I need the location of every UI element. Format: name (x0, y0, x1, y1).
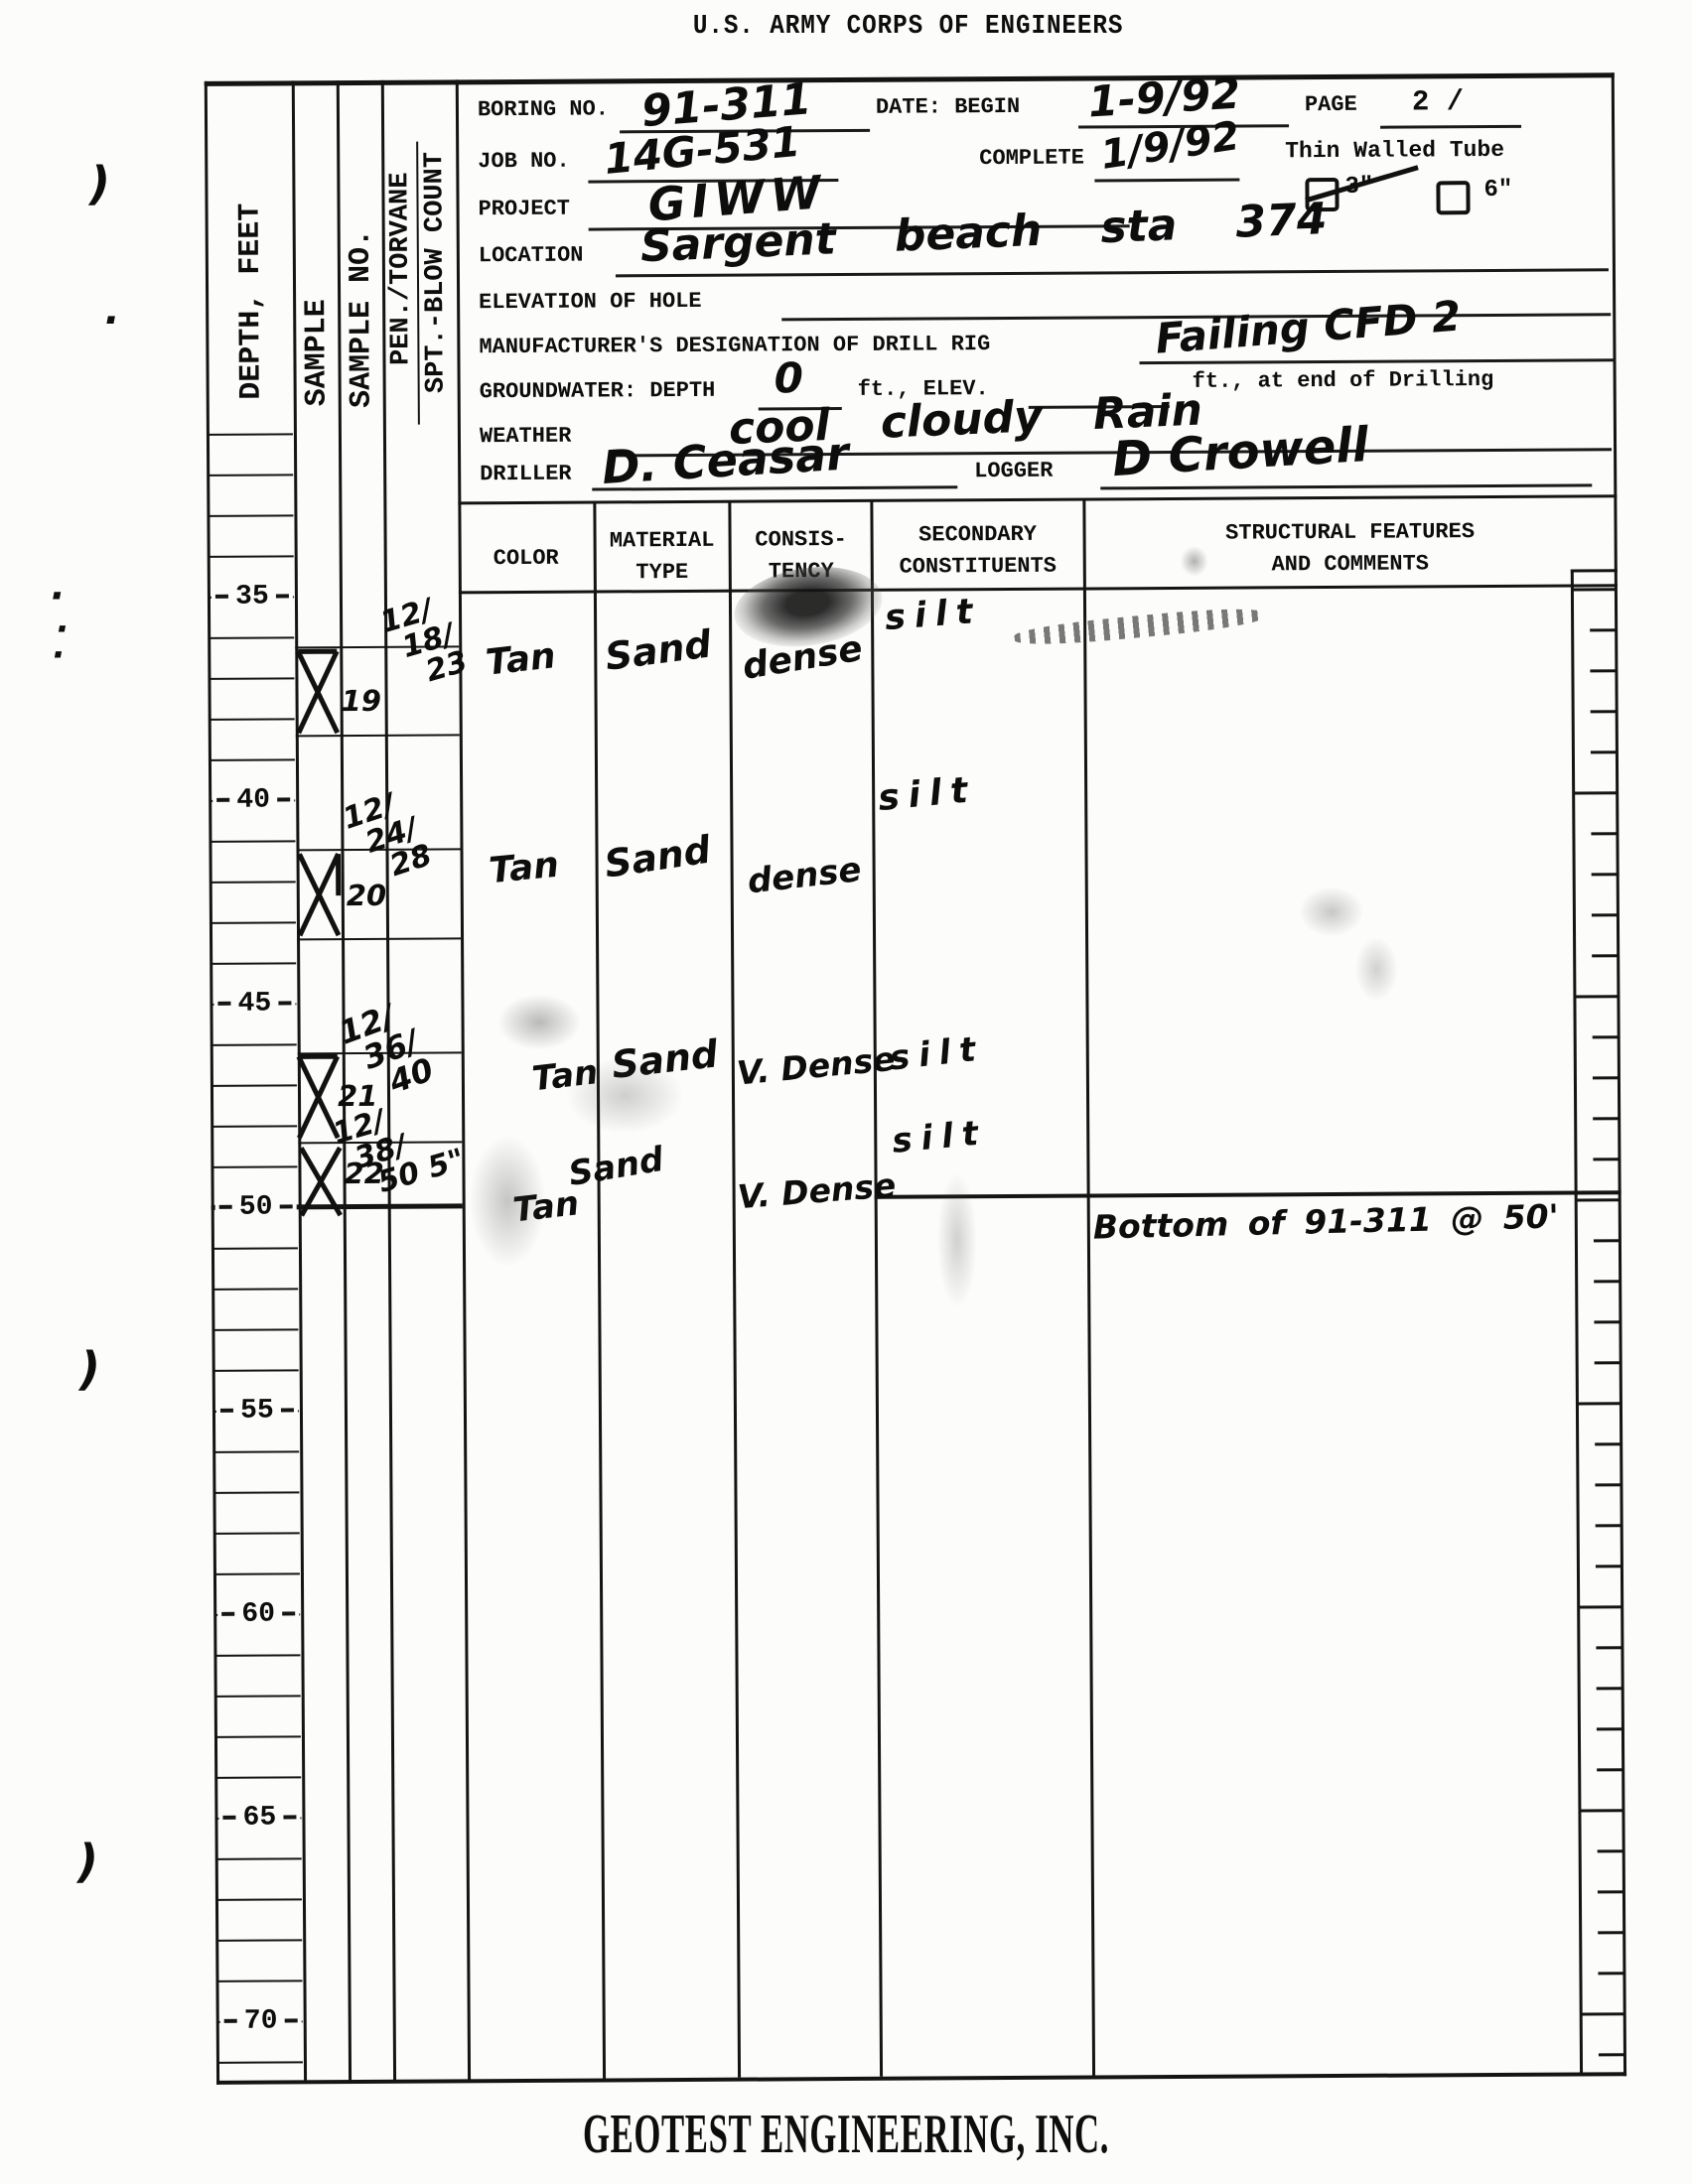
depth-axis-label: DEPTH, FEET (234, 204, 269, 400)
depth-label-dash (216, 798, 229, 802)
consistency-value: dense (740, 628, 866, 688)
depth-tick (212, 1125, 297, 1128)
spt-blow-count-label: SPT.-BLOW COUNT (420, 152, 451, 393)
material-value: Sand (566, 1140, 666, 1194)
sample-symbol (298, 1145, 343, 1218)
secondary-value: silt (884, 592, 983, 638)
depth-tick (216, 1695, 301, 1698)
depth-label: 35 (211, 579, 293, 614)
right-strip-tick (1594, 1239, 1620, 1242)
depth-tick (211, 840, 295, 843)
project-label: PROJECT (478, 197, 570, 222)
right-strip-tick (1598, 1972, 1623, 1975)
right-strip-line (1580, 1809, 1622, 1812)
color-value: Tan (511, 1183, 581, 1230)
depth-label-dash (281, 1408, 294, 1412)
material-column-line (728, 502, 741, 2078)
depth-label-value: 35 (235, 581, 269, 612)
right-strip-line (1582, 2012, 1624, 2015)
depth-tick (216, 1776, 301, 1779)
date-begin-label: DATE: BEGIN (876, 94, 1020, 120)
depth-tick (211, 718, 295, 721)
right-strip-tick (1593, 1117, 1619, 1120)
bottom-of-boring-note: Bottom of 91-311 @ 50' (1092, 1197, 1559, 1247)
depth-label: 70 (220, 2003, 302, 2038)
depth-label-dash (276, 594, 289, 598)
blow-count: 12/ 18/ 23 (377, 590, 471, 696)
right-strip-tick (1592, 873, 1618, 876)
depth-scale: 3540455055606570 (0, 0, 1685, 5)
depth-label-dash (221, 1612, 234, 1616)
secondary-value: silt (888, 1028, 987, 1078)
depth-label-value: 65 (243, 1802, 277, 1833)
thin-walled-tube-label: Thin Walled Tube (1285, 137, 1504, 164)
depth-label-dash (223, 1816, 236, 1820)
column-header-secondary-line1: SECONDARY (899, 519, 1057, 552)
tube-6in-checkbox (1436, 181, 1470, 214)
column-header-material-line1: MATERIAL (610, 525, 715, 558)
depth-tick (216, 1735, 301, 1738)
table-right-border (1612, 72, 1626, 2076)
right-strip-tick (1593, 1076, 1619, 1079)
depth-tick (210, 555, 294, 558)
color-value: Tan (530, 1052, 600, 1099)
depth-label-dash (282, 1611, 295, 1615)
right-strip-tick (1592, 913, 1618, 916)
depth-tick (211, 881, 296, 884)
boring-log-sheet: U.S. ARMY CORPS OF ENGINEERS ) · · · · )… (0, 0, 1692, 2184)
column-header-secondary: SECONDARY CONSTITUENTS (899, 519, 1057, 584)
right-strip-line (1577, 1198, 1620, 1201)
column-header-secondary-line2: CONSTITUENTS (899, 551, 1057, 584)
depth-tick (213, 1328, 298, 1331)
page-underline (1380, 125, 1521, 129)
right-strip-tick (1594, 1320, 1620, 1323)
depth-tick (213, 1247, 298, 1250)
pen-spt-divider-line (416, 142, 420, 425)
column-header-structural-line1: STRUCTURAL FEATURES (1225, 516, 1475, 549)
right-strip-tick (1597, 1687, 1622, 1690)
depth-label: 40 (212, 782, 294, 817)
right-strip-tick (1591, 751, 1617, 753)
tube-6in-label: 6" (1483, 177, 1512, 204)
elevation-label: ELEVATION OF HOLE (479, 289, 702, 315)
blow-count-line: 28 (386, 841, 435, 883)
driller-label: DRILLER (480, 462, 572, 487)
depth-label: 55 (216, 1393, 298, 1428)
right-strip-tick (1597, 1727, 1622, 1730)
right-strip-line (1578, 1402, 1621, 1405)
depth-label-dash (284, 2018, 297, 2022)
depth-label: 60 (217, 1596, 299, 1631)
consistency-value: V. Dense (736, 1165, 897, 1216)
ink-smudge (1165, 534, 1224, 589)
depth-label-dash (218, 1002, 231, 1006)
right-strip-tick (1599, 2053, 1624, 2056)
column-header-color-text: COLOR (493, 546, 559, 571)
right-strip-tick (1596, 1524, 1621, 1527)
right-strip-tick (1598, 1931, 1623, 1934)
column-header-consistency: CONSIS- TENCY (755, 524, 847, 588)
sample-column-label: SAMPLE (300, 299, 335, 406)
right-strip-tick (1593, 1035, 1619, 1038)
blow-count-line: 23 (423, 647, 472, 688)
location-label: LOCATION (479, 243, 584, 269)
right-strip-tick (1593, 1158, 1619, 1160)
logger-label: LOGGER (974, 459, 1053, 483)
right-strip-line (1575, 995, 1618, 998)
right-strip-tick (1598, 1890, 1623, 1893)
right-strip-tick (1595, 1361, 1621, 1364)
depth-label-value: 70 (244, 2005, 278, 2036)
depth-label-value: 40 (236, 784, 270, 815)
depth-tick (209, 433, 293, 436)
column-header-material: MATERIAL TYPE (610, 525, 715, 589)
material-value: Sand (603, 621, 714, 678)
drill-rig-label: MANUFACTURER'S DESIGNATION OF DRILL RIG (479, 332, 990, 359)
right-strip-tick (1596, 1646, 1621, 1649)
column-header-consistency-line2: TENCY (755, 556, 847, 588)
depth-tick (209, 474, 293, 477)
drill-rig-underline (1140, 358, 1615, 364)
blow-count: 12/ 24/ 28 (340, 784, 435, 891)
groundwater-end-label: ft., at end of Drilling (1193, 367, 1494, 394)
depth-label: 45 (213, 986, 295, 1021)
right-strip-tick (1598, 1849, 1623, 1852)
depth-label-value: 50 (239, 1191, 273, 1222)
depth-tick (214, 1450, 299, 1453)
depth-tick (215, 1532, 300, 1535)
column-header-consistency-line1: CONSIS- (755, 524, 847, 556)
depth-tick (211, 758, 295, 761)
right-strip-tick (1597, 1768, 1622, 1771)
job-no-label: JOB NO. (478, 149, 570, 175)
depth-tick (211, 921, 296, 924)
depth-tick (217, 1857, 302, 1860)
material-value: Sand (602, 828, 714, 887)
color-column-line (593, 503, 606, 2079)
right-strip-tick (1596, 1565, 1621, 1568)
column-header-material-line2: TYPE (610, 557, 715, 590)
page-value: 2 / (1412, 85, 1464, 118)
groundwater-depth-value: 0 (774, 353, 803, 402)
depth-tick (212, 1165, 297, 1168)
right-strip-line (1579, 1605, 1621, 1608)
pen-torvane-label: PEN./TORVANE (385, 172, 416, 365)
depth-tick (212, 1084, 297, 1087)
ink-smudge (1272, 868, 1422, 1013)
right-strip-tick (1590, 669, 1616, 672)
depth-tick (215, 1572, 300, 1575)
depth-label-dash (219, 1205, 232, 1209)
depth-tick (213, 1288, 298, 1291)
depth-label-dash (283, 1815, 296, 1819)
page-label: PAGE (1305, 92, 1357, 117)
depth-tick (210, 677, 294, 680)
depth-label-value: 60 (241, 1598, 275, 1629)
depth-label-dash (279, 1204, 292, 1208)
right-strip-tick (1595, 1483, 1621, 1486)
boring-no-label: BORING NO. (478, 96, 609, 122)
sample-no-value: 19 (341, 684, 381, 718)
header-box-bottom (458, 494, 1617, 504)
depth-tick (217, 1979, 302, 1982)
depth-label-dash (278, 1001, 291, 1005)
right-strip-tick (1591, 832, 1617, 835)
secondary-column-line (1082, 500, 1095, 2076)
right-strip-tick (1591, 710, 1617, 713)
drill-rig-value: Failing CFD 2 (1154, 292, 1463, 363)
depth-tick (215, 1654, 300, 1657)
depth-tick (214, 1369, 299, 1372)
depth-tick (217, 1898, 302, 1901)
tube-3in-label: 3" (1344, 174, 1373, 201)
depth-tick (217, 1939, 302, 1942)
secondary-value: silt (891, 1113, 989, 1161)
groundwater-label: GROUNDWATER: DEPTH (480, 378, 716, 404)
right-strip-tick (1594, 1280, 1620, 1283)
location-underline (616, 268, 1609, 277)
right-strip-line (1574, 791, 1617, 794)
material-value: Sand (610, 1031, 720, 1087)
sample-symbol (297, 851, 343, 938)
right-strip-line (1571, 570, 1583, 2073)
driller-value: D. Ceasar (601, 427, 851, 494)
ink-smudge (921, 1159, 992, 1362)
right-strip-line (1573, 588, 1616, 591)
depth-label-dash (220, 1409, 233, 1413)
depth-label-dash (224, 2019, 237, 2023)
depth-tick (211, 962, 296, 965)
color-value: Tan (488, 845, 561, 891)
sample-no-column-label: SAMPLE NO. (345, 229, 379, 408)
depth-tick (210, 636, 294, 639)
right-strip-tick (1595, 1442, 1621, 1445)
depth-label: 65 (218, 1800, 300, 1835)
consistency-value: V. Dense (735, 1039, 897, 1093)
company-footer: GEOTEST ENGINEERING, INC. (583, 2103, 1109, 2166)
pen-column-line (456, 79, 471, 2081)
consistency-column-line (870, 501, 883, 2077)
table-bottom-border (216, 2072, 1626, 2085)
weather-label: WEATHER (480, 424, 572, 450)
table-left-border (205, 81, 219, 2085)
complete-underline (1094, 179, 1239, 183)
depth-tick (214, 1491, 299, 1494)
logger-underline (1100, 483, 1592, 489)
right-strip-tick (1590, 628, 1616, 631)
form-scan-area: 3540455055606570 DEPTH, FEET SAMPLE SAMP… (0, 0, 1692, 2184)
depth-tick (209, 514, 293, 517)
depth-label: 50 (215, 1189, 297, 1224)
depth-label-dash (215, 595, 228, 599)
depth-tick (218, 2061, 303, 2064)
ink-scratch (1014, 604, 1265, 648)
consistency-value: dense (746, 850, 864, 901)
table-top-border (205, 72, 1615, 86)
depth-tick (212, 1043, 297, 1046)
right-strip-tick (1592, 954, 1618, 957)
complete-label: COMPLETE (979, 146, 1084, 172)
right-strip-top (1571, 569, 1618, 572)
depth-label-value: 55 (240, 1395, 274, 1426)
depth-label-value: 45 (238, 988, 272, 1019)
column-header-structural-line2: AND COMMENTS (1225, 548, 1475, 581)
column-header-structural: STRUCTURAL FEATURES AND COMMENTS (1225, 516, 1475, 581)
color-value: Tan (484, 635, 557, 684)
secondary-value: silt (876, 769, 978, 819)
column-header-color: COLOR (493, 543, 559, 575)
sample-symbol (295, 648, 341, 736)
depth-label-dash (277, 797, 290, 801)
